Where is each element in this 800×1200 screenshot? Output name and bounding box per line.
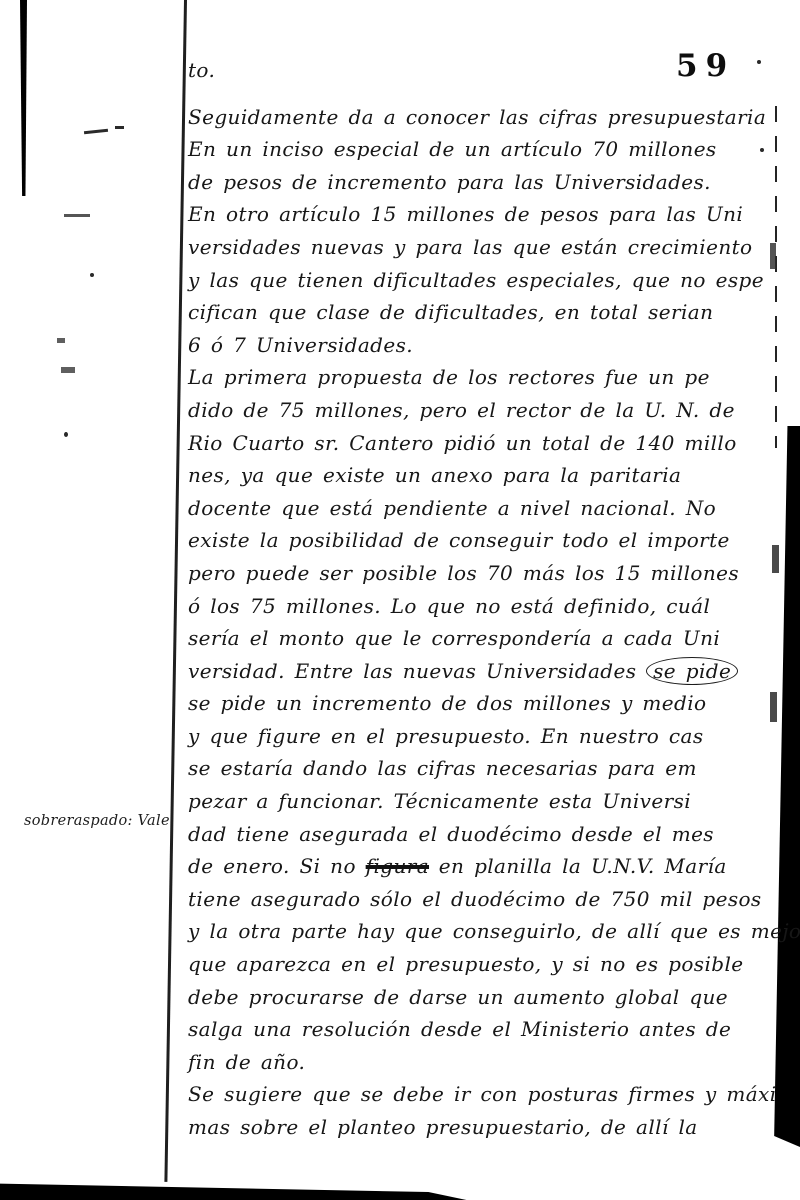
handwritten-line: dad tiene asegurada el duodécimo desde e… <box>188 818 794 851</box>
handwritten-line: versidad. Entre las nuevas Universidades… <box>188 655 794 688</box>
margin-note: sobreraspado: Vale <box>24 813 182 829</box>
handwritten-line: que aparezca en el presupuesto, y si no … <box>188 948 794 981</box>
circled-annotation: se pide <box>646 657 738 685</box>
handwritten-line: nes, ya que existe un anexo para la pari… <box>188 459 794 492</box>
handwritten-line: Rio Cuarto sr. Cantero pidió un total de… <box>188 427 794 460</box>
handwritten-line: dido de 75 millones, pero el rector de l… <box>188 394 794 427</box>
scan-smudge <box>57 338 65 343</box>
handwritten-line: 6 ó 7 Universidades. <box>188 329 794 362</box>
handwritten-line: versidades nuevas y para las que están c… <box>188 231 794 264</box>
handwritten-line: En un inciso especial de un artículo 70 … <box>188 133 794 166</box>
handwritten-line: se pide un incremento de dos millones y … <box>188 687 794 720</box>
line-text: en planilla la U.N.V. María <box>429 854 727 878</box>
scan-smudge <box>61 367 75 373</box>
handwritten-line: pero puede ser posible los 70 más los 15… <box>188 557 794 590</box>
scan-smudge <box>64 432 68 437</box>
struck-out-word: figura <box>366 854 429 878</box>
handwritten-line: En otro artículo 15 millones de pesos pa… <box>188 198 794 231</box>
handwritten-line: debe procurarse de darse un aumento glob… <box>188 981 794 1014</box>
scan-smudge <box>64 214 90 217</box>
scan-smudge <box>115 126 124 129</box>
handwritten-line: docente que está pendiente a nivel nacio… <box>188 492 794 525</box>
handwritten-line: ó los 75 millones. Lo que no está defini… <box>188 590 794 623</box>
scan-edge-bar-bottom <box>0 1180 476 1200</box>
handwritten-line: y que figure en el presupuesto. En nuest… <box>188 720 794 753</box>
handwritten-line: mas sobre el planteo presupuestario, de … <box>188 1111 794 1144</box>
handwritten-line: sería el monto que le correspondería a c… <box>188 622 794 655</box>
scan-smudge <box>84 129 108 134</box>
handwritten-line: pezar a funcionar. Técnicamente esta Uni… <box>188 785 794 818</box>
handwritten-line: existe la posibilidad de conseguir todo … <box>188 524 794 557</box>
handwritten-line: Se sugiere que se debe ir con posturas f… <box>188 1078 794 1111</box>
handwritten-line: fin de año. <box>188 1046 794 1079</box>
handwritten-line: to. <box>188 54 794 87</box>
line-text: versidad. Entre las nuevas Universidades <box>188 659 646 683</box>
handwritten-line: La primera propuesta de los rectores fue… <box>188 361 794 394</box>
scan-edge-bar-left <box>20 0 27 196</box>
handwritten-line: tiene asegurado sólo el duodécimo de 750… <box>188 883 794 916</box>
handwritten-line: y las que tienen dificultades especiales… <box>188 264 794 297</box>
handwritten-line: salga una resolución desde el Ministerio… <box>188 1013 794 1046</box>
handwritten-line: y la otra parte hay que conseguirlo, de … <box>188 915 794 948</box>
handwritten-line: de pesos de incremento para las Universi… <box>188 166 794 199</box>
handwritten-line: se estaría dando las cifras necesarias p… <box>188 752 794 785</box>
handwritten-line: de enero. Si no figura en planilla la U.… <box>188 850 794 883</box>
handwritten-line: cifican que clase de dificultades, en to… <box>188 296 794 329</box>
scanned-page: 59 sobreraspado: Vale to. Seguidamente d… <box>0 0 800 1200</box>
margin-rule-line <box>164 0 186 1182</box>
handwritten-line: Seguidamente da a conocer las cifras pre… <box>188 101 794 134</box>
handwritten-text-block: to. Seguidamente da a conocer las cifras… <box>188 54 794 1144</box>
scan-smudge <box>90 273 94 277</box>
line-text: de enero. Si no <box>188 854 366 878</box>
